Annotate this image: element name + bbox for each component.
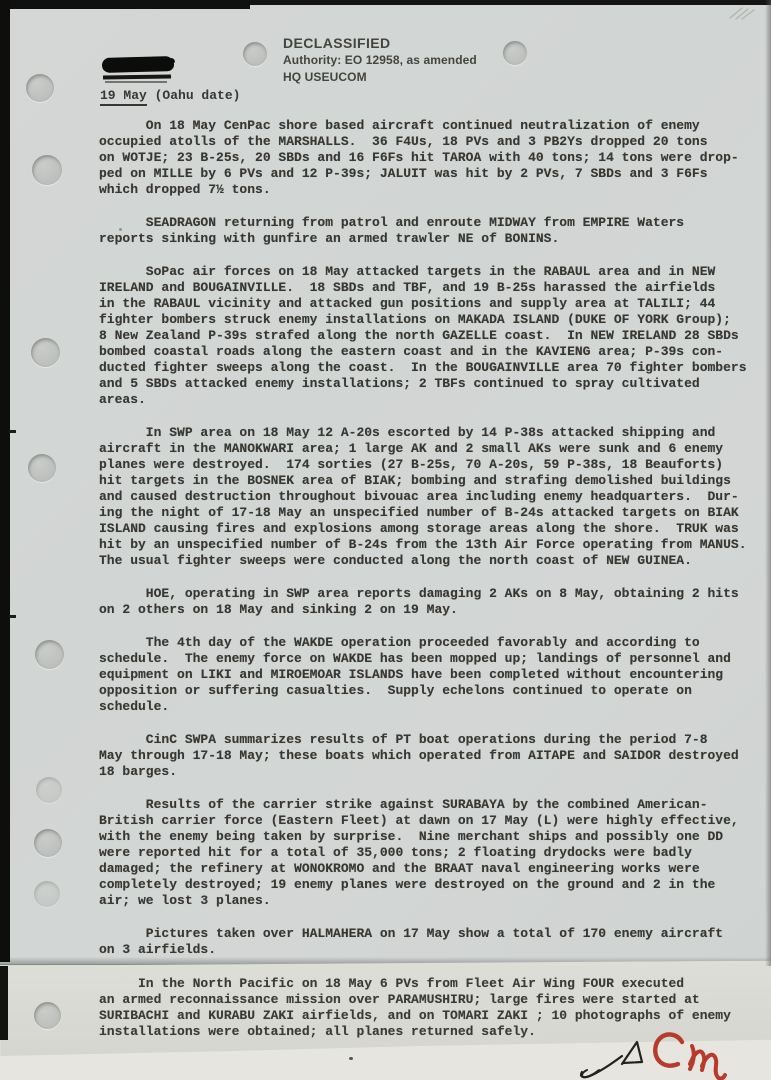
scan-edge-left [0, 0, 10, 962]
paragraph-cenpac-marshalls: On 18 May CenPac shore based aircraft co… [99, 118, 767, 198]
punch-hole [36, 777, 62, 803]
paragraph-swp-biak: In SWP area on 18 May 12 A-20s escorted … [99, 425, 767, 569]
pencil-scratch-mark [728, 5, 758, 21]
paper-speck [119, 228, 122, 231]
pen-scribble-mark [578, 1035, 660, 1080]
scanned-document-page: { "document": { "stamp": { "line1": "DEC… [0, 0, 771, 1080]
paragraph-cinc-swpa: CinC SWPA summarizes results of PT boat … [99, 732, 767, 780]
scan-edge-top-left [0, 0, 250, 9]
red-initials-mark [652, 1030, 764, 1080]
punch-hole [31, 338, 60, 367]
punch-hole [35, 640, 64, 669]
document-body: On 18 May CenPac shore based aircraft co… [99, 118, 767, 975]
paragraph-surabaya-strike: Results of the carrier strike against SU… [99, 797, 767, 909]
stamp-authority-line: Authority: EO 12958, as amended [283, 52, 477, 69]
punch-hole [243, 42, 267, 66]
punch-hole [34, 1002, 61, 1029]
paragraph-wakde: The 4th day of the WAKDE operation proce… [99, 635, 767, 715]
punch-hole [34, 881, 60, 907]
scan-edge-tick [9, 615, 16, 618]
stamp-declassified-label: DECLASSIFIED [283, 34, 477, 52]
stamp-hq-line: HQ USEUCOM [283, 69, 477, 86]
redaction-mark [102, 56, 174, 73]
paragraph-hoe: HOE, operating in SWP area reports damag… [99, 586, 767, 618]
paragraph-seadragon: SEADRAGON returning from patrol and enro… [99, 215, 767, 247]
date-heading: 19 May (Oahu date) [100, 88, 240, 103]
scan-edge-left-strip [0, 966, 8, 1040]
paragraph-halmahera: Pictures taken over HALMAHERA on 17 May … [99, 926, 767, 958]
redaction-underline-echo [105, 81, 167, 83]
date-heading-suffix: (Oahu date) [147, 88, 241, 103]
punch-hole [34, 829, 62, 857]
paper-speck [349, 1057, 353, 1060]
punch-hole [26, 74, 54, 102]
punch-hole [28, 454, 56, 482]
scan-edge-tick [9, 430, 16, 433]
paragraph-sopac-rabaul: SoPac air forces on 18 May attacked targ… [99, 264, 767, 408]
declassification-stamp: DECLASSIFIED Authority: EO 12958, as ame… [283, 34, 477, 86]
date-heading-date: 19 May [100, 88, 147, 106]
punch-hole [503, 41, 527, 65]
punch-hole [32, 155, 62, 185]
